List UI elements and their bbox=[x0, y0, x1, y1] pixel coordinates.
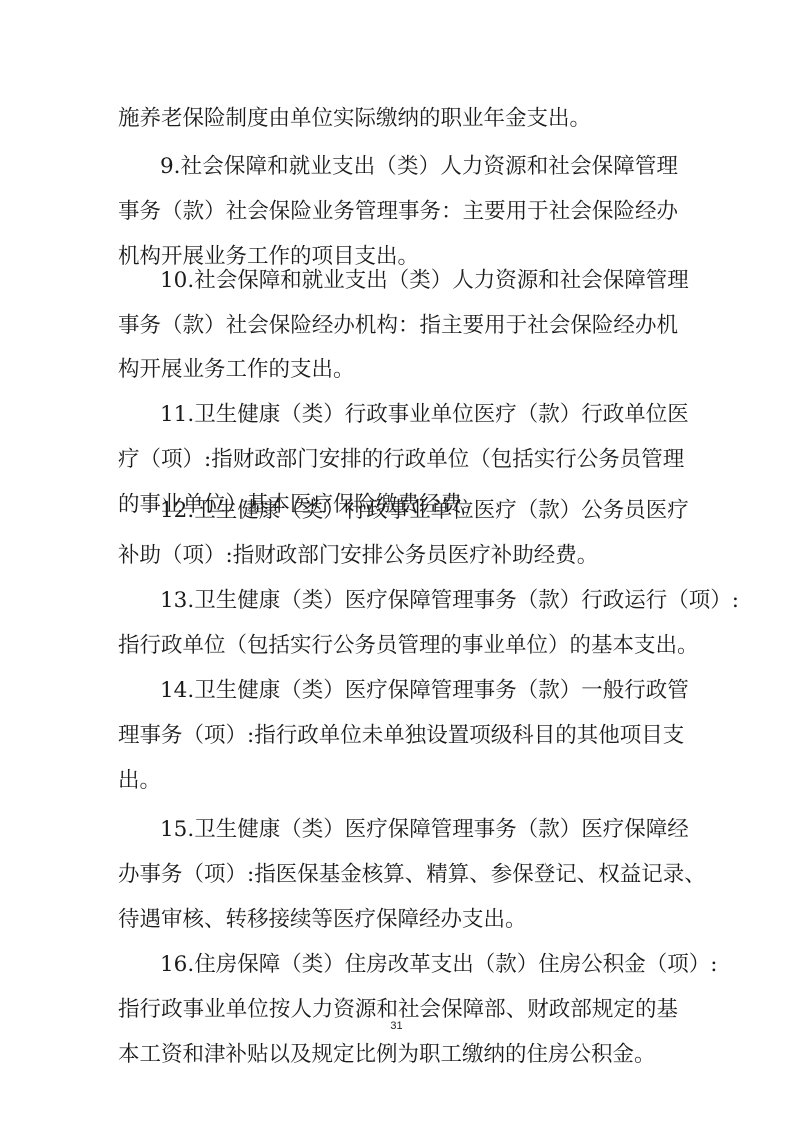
paragraph-13-line-1: 13.卫生健康（类）医疗保障管理事务（款）行政运行（项）: bbox=[160, 586, 678, 616]
paragraph-16-line-3: 本工资和津补贴以及规定比例为职工缴纳的住房公积金。 bbox=[118, 1040, 678, 1070]
paragraph-10-line-1: 10.社会保障和就业支出（类）人力资源和社会保障管理 bbox=[160, 266, 678, 296]
paragraph-9-line-1: 9.社会保障和就业支出（类）人力资源和社会保障管理 bbox=[160, 152, 678, 182]
paragraph-9-line-2: 事务（款）社会保险业务管理事务：主要用于社会保险经办 bbox=[118, 197, 678, 227]
paragraph-14-line-2: 理事务（项）:指行政单位未单独设置项级科目的其他项目支 bbox=[118, 721, 678, 751]
paragraph-11-line-1: 11.卫生健康（类）行政事业单位医疗（款）行政单位医 bbox=[160, 400, 678, 430]
paragraph-12-line-2: 补助（项）:指财政部门安排公务员医疗补助经费。 bbox=[118, 541, 678, 571]
paragraph-10-line-3: 构开展业务工作的支出。 bbox=[118, 355, 678, 385]
document-page: 施养老保险制度由单位实际缴纳的职业年金支出。 9.社会保障和就业支出（类）人力资… bbox=[0, 0, 793, 1122]
paragraph-14-line-3: 出。 bbox=[118, 766, 678, 796]
paragraph-11-line-2: 疗（项）:指财政部门安排的行政单位（包括实行公务员管理 bbox=[118, 445, 678, 475]
paragraph-15-line-1: 15.卫生健康（类）医疗保障管理事务（款）医疗保障经 bbox=[160, 815, 678, 845]
paragraph-14-line-1: 14.卫生健康（类）医疗保障管理事务（款）一般行政管 bbox=[160, 676, 678, 706]
paragraph-13-line-2: 指行政单位（包括实行公务员管理的事业单位）的基本支出。 bbox=[118, 631, 678, 661]
text-line: 施养老保险制度由单位实际缴纳的职业年金支出。 bbox=[118, 104, 678, 134]
paragraph-15-line-2: 办事务（项）:指医保基金核算、精算、参保登记、权益记录、 bbox=[118, 860, 678, 890]
paragraph-10-line-2: 事务（款）社会保险经办机构：指主要用于社会保险经办机 bbox=[118, 311, 678, 341]
page-number: 31 bbox=[0, 1020, 793, 1032]
paragraph-15-line-3: 待遇审核、转移接续等医疗保障经办支出。 bbox=[118, 905, 678, 935]
paragraph-12-line-1: 12.卫生健康（类）行政事业单位医疗（款）公务员医疗 bbox=[160, 496, 678, 526]
paragraph-16-line-1: 16.住房保障（类）住房改革支出（款）住房公积金（项）: bbox=[160, 950, 678, 980]
